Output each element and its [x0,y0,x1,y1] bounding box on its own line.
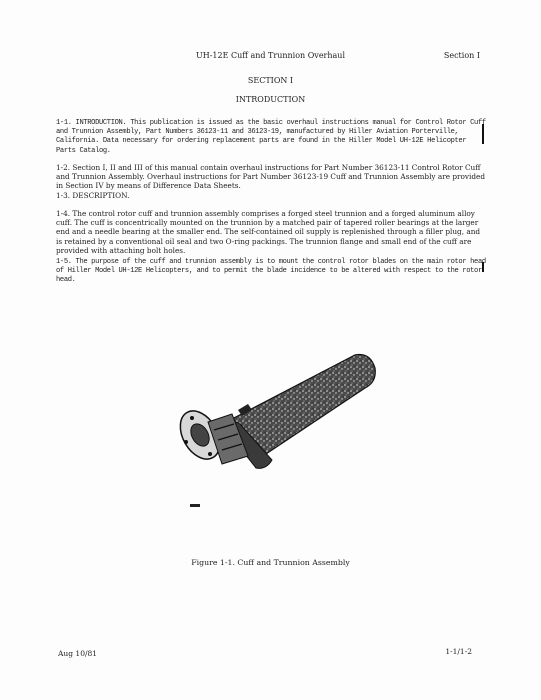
change-bar [482,124,484,144]
document-page: UH-12E Cuff and Trunnion Overhaul Sectio… [0,0,541,700]
paragraph-1-4: 1-4. The control rotor cuff and trunnion… [56,209,486,255]
section-title: INTRODUCTION [0,95,541,104]
footer-date: Aug 10/81 [58,649,97,658]
footer-page-number: 1-1/1-2 [445,647,472,656]
cuff-trunnion-assembly-image [170,330,390,500]
paragraph-1-1: 1-1. INTRODUCTION. This publication is i… [56,119,486,156]
paragraph-1-3-heading: 1-3. DESCRIPTION. [56,191,486,200]
figure-caption: Figure 1-1. Cuff and Trunnion Assembly [0,558,541,567]
section-number: SECTION I [0,76,541,85]
paragraph-1-2: 1-2. Section I, II and III of this manua… [56,163,486,191]
figure-code-label [190,504,200,507]
change-bar [482,262,484,272]
paragraph-1-5: 1-5. The purpose of the cuff and trunnio… [56,258,486,286]
running-header-section: Section I [444,51,480,60]
